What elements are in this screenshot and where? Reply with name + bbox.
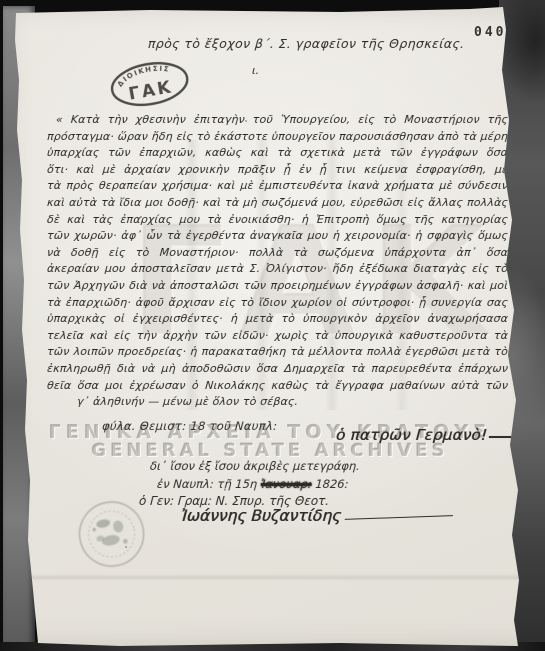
- handwritten-line: ὑπαρχίας τῶν ἐπαρχιῶν, καθὼς καὶ τὰ σχετ…: [46, 145, 508, 162]
- date-struck-word: Ἰανουαρ:: [260, 477, 312, 491]
- signature-text: ὁ πατρῶν Γερμανὸ: [335, 426, 481, 444]
- header-mark: ι.: [252, 64, 260, 77]
- folio-number-stamp: 040: [474, 25, 506, 40]
- place-date-reference-line: φύλα. Θεμιστ: 18 τοῦ Ναυπλ:: [102, 419, 278, 433]
- handwritten-line: τῶν Ἀρχηγῶν διὰ νὰ ἀποσταλῶσι τῶν προειρ…: [46, 278, 508, 295]
- handwritten-line: ὅτι· καὶ μὲ ἀρχαίαν χρονικὴν πρᾶξιν ᾗ ἐν…: [46, 162, 508, 179]
- signature-text: Ἰωάννης Βυζαντίδης: [180, 507, 341, 525]
- handwritten-line: « Κατὰ τὴν χθεσινὴν ἐπιταγὴν τοῦ Ὑπουργε…: [46, 112, 508, 129]
- date-year: 1826:: [315, 477, 349, 491]
- handwritten-line: τελεῖα καὶ εἰς τὴν ἀρχὴν τῶν εἰδῶν· χωρὶ…: [46, 328, 508, 345]
- handwritten-line: τῶν λοιπῶν προεδρείας· ἡ παρακαταθήκη τὰ…: [46, 344, 508, 361]
- date-place: ἐν Ναυπλ: τῇ 15η: [157, 477, 258, 491]
- signature-secretary: Ἰωάννης Βυζαντίδης: [180, 507, 453, 525]
- scanned-document-photo: ΓΑΚ πρὸς τὸ ἔξοχον β΄. Σ. γραφεῖον τῆς Θ…: [0, 0, 545, 651]
- round-wax-seal: [69, 491, 155, 580]
- handwritten-line: ἀκεραίαν μου ἀποσταλεῖσαν μετὰ Σ. Ὀλίγισ…: [46, 261, 508, 278]
- secretary-line: ὁ Γεν: Γραμ: Ν. Σπυρ. τῆς Θεοτ.: [139, 494, 330, 508]
- letter-body: « Κατὰ τὴν χθεσινὴν ἐπιταγὴν τοῦ Ὑπουργε…: [47, 112, 508, 411]
- handwritten-line: ἐκπληρωθῇ διὰ νὰ μὴ ἀποδοθῶσιν ὅσα Δημαρ…: [46, 361, 508, 378]
- date-line: ἐν Ναυπλ: τῇ 15η Ἰανουαρ: 1826:: [157, 477, 349, 491]
- handwritten-line: τῶν χωρῶν· ἀφ᾽ ὧν τὰ ἐγερθέντα ἀναγκαῖα …: [46, 228, 508, 245]
- manuscript-paper: ΓΑΚ πρὸς τὸ ἔξοχον β΄. Σ. γραφεῖον τῆς Θ…: [0, 0, 545, 651]
- handwritten-line: τὰ ἐπαρχιῶδη· ἀφοῦ ἄρχισαν εἰς τὸ ἴδιον …: [46, 295, 508, 312]
- signature-flourish-line: [345, 515, 453, 520]
- handwritten-line: πρόσταγμα· ὥραν ἤδη εἰς τὸ ἑκάστοτε ὑπου…: [46, 129, 508, 146]
- handwritten-line: τὰ πρὸς θεραπείαν χρήσιμα· καὶ μὲ ἐμπιστ…: [46, 178, 508, 195]
- handwritten-line: νὰ δοθῇ εἰς τὸ Μοναστήριον· πολλὰ τὰ σωζ…: [46, 245, 508, 262]
- handwritten-line: καὶ αὐτὰ τὰ ἴδια μοι δοθῇ· καὶ τὰ μὴ σωζ…: [46, 195, 508, 212]
- certification-line: δι᾽ ἴσον ἐξ ἴσου ἀκριβὲς μετεγράφη.: [150, 459, 361, 473]
- handwritten-closing-line: γ᾽ ἀληθινήν — μένω μὲ ὅλον τὸ σέβας.: [46, 394, 508, 411]
- address-header-line: πρὸς τὸ ἔξοχον β΄. Σ. γραφεῖον τῆς Θρησκ…: [147, 36, 414, 51]
- handwritten-line: δὲ καὶ τὰς ἐπαρχίας μου τὰ ἐνοικιάσθη· ἡ…: [46, 212, 508, 229]
- handwritten-line: θεῖα ὅσα μοι ἐχρέωσαν ὁ Νικολάκης καθὼς …: [46, 378, 508, 395]
- signature-germanos: ὁ πατρῶν Γερμανὸ!: [335, 426, 525, 444]
- signature-flourish-mark: !: [480, 426, 488, 444]
- handwritten-line: ὑπαρχικὰς οἱ ἐγχειρισθέντες· ἡ μετὰ τὸ ὑ…: [46, 311, 508, 328]
